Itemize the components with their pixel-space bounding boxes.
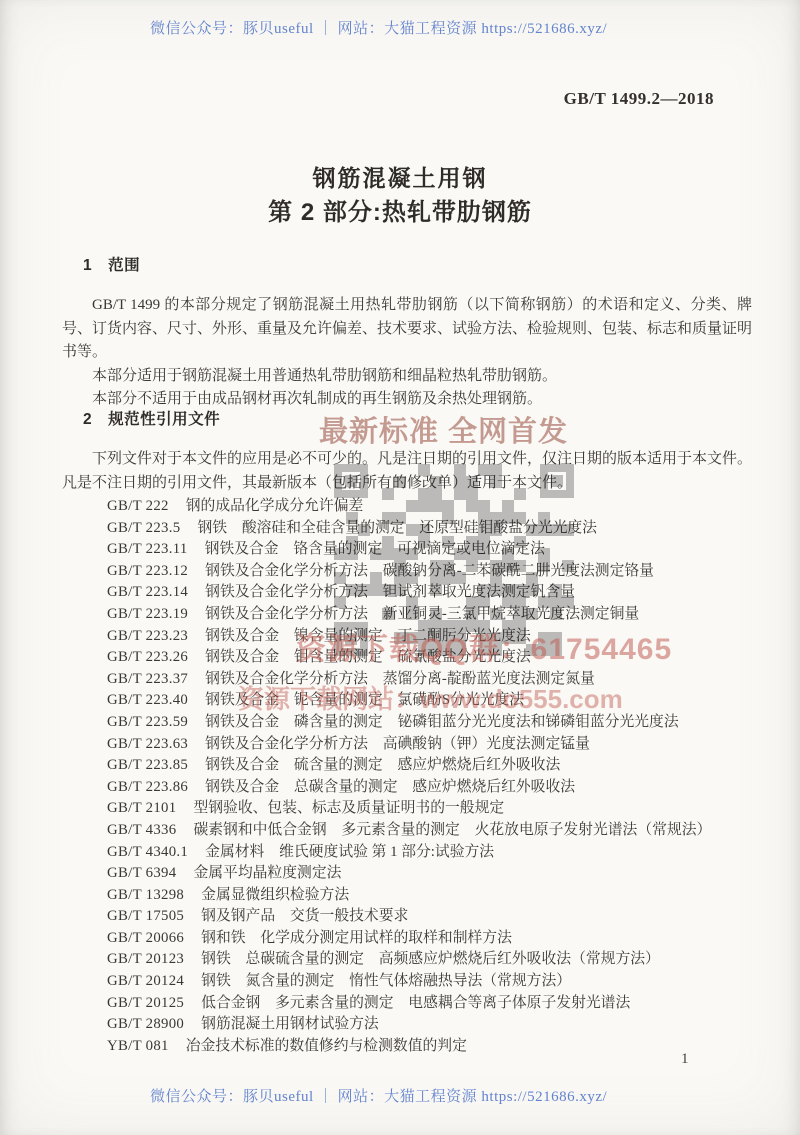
reference-title: 金属显微组织检验方法 (201, 887, 349, 903)
reference-code: GB/T 20066 (107, 930, 184, 946)
reference-title: 钢铁及合金 铬含量的测定 可视滴定或电位滴定法 (205, 541, 545, 557)
reference-code: GB/T 223.5 (107, 520, 180, 536)
section-2-heading: 2规范性引用文件 (83, 407, 220, 429)
reference-title: 冶金技术标准的数值修约与检测数值的判定 (186, 1038, 467, 1054)
section-1-paragraph: 本部分适用于钢筋混凝土用普通热轧带肋钢筋和细晶粒热轧带肋钢筋。 (62, 365, 752, 389)
reference-title: 钢铁 酸溶硅和全硅含量的测定 还原型硅钼酸盐分光光度法 (197, 520, 597, 536)
reference-item: GB/T 223.11钢铁及合金 铬含量的测定 可视滴定或电位滴定法 (107, 539, 755, 561)
reference-code: GB/T 223.40 (107, 692, 188, 708)
reference-title: 钢铁 总碳硫含量的测定 高频感应炉燃烧后红外吸收法（常规方法） (201, 951, 660, 967)
reference-item: GB/T 223.85钢铁及合金 硫含量的测定 感应炉燃烧后红外吸收法 (107, 755, 755, 777)
document-title-line2: 第 2 部分:热轧带肋钢筋 (0, 192, 800, 227)
scanned-document-page: 微信公众号：豚贝useful ｜ 网站：大猫工程资源 https://52168… (0, 0, 800, 1135)
reference-code: GB/T 4340.1 (107, 844, 188, 860)
reference-title: 钢铁及合金化学分析方法 钽试剂萃取光度法测定钒含量 (205, 584, 575, 600)
site-watermark-text: 资源下载网站：www.do555.com (238, 679, 623, 716)
reference-title: 金属平均晶粒度测定法 (193, 865, 341, 881)
reference-title: 钢铁及合金化学分析方法 高碘酸钠（钾）光度法测定锰量 (205, 736, 590, 752)
section-1-number: 1 (83, 257, 92, 274)
reference-item: GB/T 28900钢筋混凝土用钢材试验方法 (107, 1014, 755, 1036)
page-number: 1 (681, 1051, 689, 1068)
document-title-line1: 钢筋混凝土用钢 (0, 160, 800, 193)
reference-code: GB/T 20125 (107, 995, 184, 1011)
reference-item: GB/T 20125低合金钢 多元素含量的测定 电感耦合等离子体原子发射光谱法 (107, 993, 755, 1015)
reference-code: GB/T 223.37 (107, 671, 188, 687)
reference-code: GB/T 223.63 (107, 736, 188, 752)
header-watermark-text: 微信公众号：豚贝useful ｜ 网站：大猫工程资源 https://52168… (150, 17, 607, 38)
reference-code: GB/T 4336 (107, 822, 176, 838)
reference-title: 钢铁 氮含量的测定 惰性气体熔融热导法（常规方法） (201, 973, 571, 989)
reference-item: GB/T 223.63钢铁及合金化学分析方法 高碘酸钠（钾）光度法测定锰量 (107, 734, 755, 756)
reference-title: 碳素钢和中低合金钢 多元素含量的测定 火花放电原子发射光谱法（常规法） (193, 822, 711, 838)
reference-code: YB/T 081 (107, 1038, 169, 1054)
reference-code: GB/T 20123 (107, 951, 184, 967)
section-1-paragraph: GB/T 1499 的本部分规定了钢筋混凝土用热轧带肋钢筋（以下简称钢筋）的术语… (62, 294, 752, 365)
reference-item: GB/T 223.19钢铁及合金化学分析方法 新亚铜灵-三氯甲烷萃取光度法测定铜… (107, 604, 755, 626)
reference-title: 钢铁及合金 总碳含量的测定 感应炉燃烧后红外吸收法 (205, 779, 575, 795)
reference-item: GB/T 20066钢和铁 化学成分测定用试样的取样和制样方法 (107, 928, 755, 950)
reference-title: 钢及钢产品 交货一般技术要求 (201, 908, 408, 924)
section-2-paragraph: 下列文件对于本文件的应用是必不可少的。凡是注日期的引用文件，仅注日期的版本适用于… (62, 448, 752, 495)
reference-item: GB/T 4336碳素钢和中低合金钢 多元素含量的测定 火花放电原子发射光谱法（… (107, 820, 755, 842)
reference-code: GB/T 20124 (107, 973, 184, 989)
references-list: GB/T 222钢的成品化学成分允许偏差GB/T 223.5钢铁 酸溶硅和全硅含… (107, 496, 755, 1057)
reference-code: GB/T 223.85 (107, 757, 188, 773)
reference-item: GB/T 223.5钢铁 酸溶硅和全硅含量的测定 还原型硅钼酸盐分光光度法 (107, 518, 755, 540)
reference-item: GB/T 17505钢及钢产品 交货一般技术要求 (107, 906, 755, 928)
section-2-body: 下列文件对于本文件的应用是必不可少的。凡是注日期的引用文件，仅注日期的版本适用于… (62, 448, 752, 495)
reference-code: GB/T 28900 (107, 1016, 184, 1032)
reference-title: 钢铁及合金 磷含量的测定 铋磷钼蓝分光光度法和锑磷钼蓝分光光度法 (205, 714, 679, 730)
reference-item: GB/T 222钢的成品化学成分允许偏差 (107, 496, 755, 518)
reference-code: GB/T 222 (107, 498, 169, 514)
qq-group-watermark-text: 资源下载QQ群：61754465 (296, 624, 672, 668)
reference-item: YB/T 081冶金技术标准的数值修约与检测数值的判定 (107, 1036, 755, 1058)
reference-title: 钢和铁 化学成分测定用试样的取样和制样方法 (201, 930, 512, 946)
reference-code: GB/T 6394 (107, 865, 176, 881)
reference-code: GB/T 223.59 (107, 714, 188, 730)
reference-code: GB/T 17505 (107, 908, 184, 924)
reference-code: GB/T 223.19 (107, 606, 188, 622)
reference-title: 钢筋混凝土用钢材试验方法 (201, 1016, 379, 1032)
banner-watermark-text: 最新标准 全网首发 (319, 409, 568, 450)
reference-code: GB/T 223.26 (107, 649, 188, 665)
reference-item: GB/T 2101型钢验收、包装、标志及质量证明书的一般规定 (107, 798, 755, 820)
reference-title: 钢铁及合金化学分析方法 碳酸钠分离-二苯碳酰二肼光度法测定铬量 (205, 563, 654, 579)
section-1-body: GB/T 1499 的本部分规定了钢筋混凝土用热轧带肋钢筋（以下简称钢筋）的术语… (62, 294, 752, 412)
reference-title: 钢铁及合金化学分析方法 新亚铜灵-三氯甲烷萃取光度法测定铜量 (205, 606, 639, 622)
reference-item: GB/T 223.12钢铁及合金化学分析方法 碳酸钠分离-二苯碳酰二肼光度法测定… (107, 561, 755, 583)
reference-item: GB/T 6394金属平均晶粒度测定法 (107, 863, 755, 885)
reference-code: GB/T 223.12 (107, 563, 188, 579)
reference-item: GB/T 223.14钢铁及合金化学分析方法 钽试剂萃取光度法测定钒含量 (107, 582, 755, 604)
standard-code: GB/T 1499.2—2018 (564, 89, 714, 109)
reference-item: GB/T 20123钢铁 总碳硫含量的测定 高频感应炉燃烧后红外吸收法（常规方法… (107, 949, 755, 971)
reference-item: GB/T 13298金属显微组织检验方法 (107, 885, 755, 907)
reference-title: 钢铁及合金 硫含量的测定 感应炉燃烧后红外吸收法 (205, 757, 560, 773)
reference-code: GB/T 223.86 (107, 779, 188, 795)
reference-title: 型钢验收、包装、标志及质量证明书的一般规定 (193, 800, 504, 816)
reference-title: 金属材料 维氏硬度试验 第 1 部分:试验方法 (205, 844, 494, 860)
section-1-heading: 1范围 (83, 253, 140, 275)
section-2-number: 2 (83, 411, 92, 428)
reference-title: 低合金钢 多元素含量的测定 电感耦合等离子体原子发射光谱法 (201, 995, 630, 1011)
reference-code: GB/T 2101 (107, 800, 176, 816)
reference-code: GB/T 223.11 (107, 541, 188, 557)
footer-watermark-text: 微信公众号：豚贝useful ｜ 网站：大猫工程资源 https://52168… (150, 1085, 607, 1106)
reference-title: 钢的成品化学成分允许偏差 (186, 498, 364, 514)
section-1-title: 范围 (108, 257, 140, 274)
section-2-title: 规范性引用文件 (108, 411, 220, 428)
reference-code: GB/T 13298 (107, 887, 184, 903)
reference-item: GB/T 20124钢铁 氮含量的测定 惰性气体熔融热导法（常规方法） (107, 971, 755, 993)
reference-code: GB/T 223.14 (107, 584, 188, 600)
reference-item: GB/T 223.86钢铁及合金 总碳含量的测定 感应炉燃烧后红外吸收法 (107, 777, 755, 799)
reference-item: GB/T 4340.1金属材料 维氏硬度试验 第 1 部分:试验方法 (107, 842, 755, 864)
reference-code: GB/T 223.23 (107, 628, 188, 644)
